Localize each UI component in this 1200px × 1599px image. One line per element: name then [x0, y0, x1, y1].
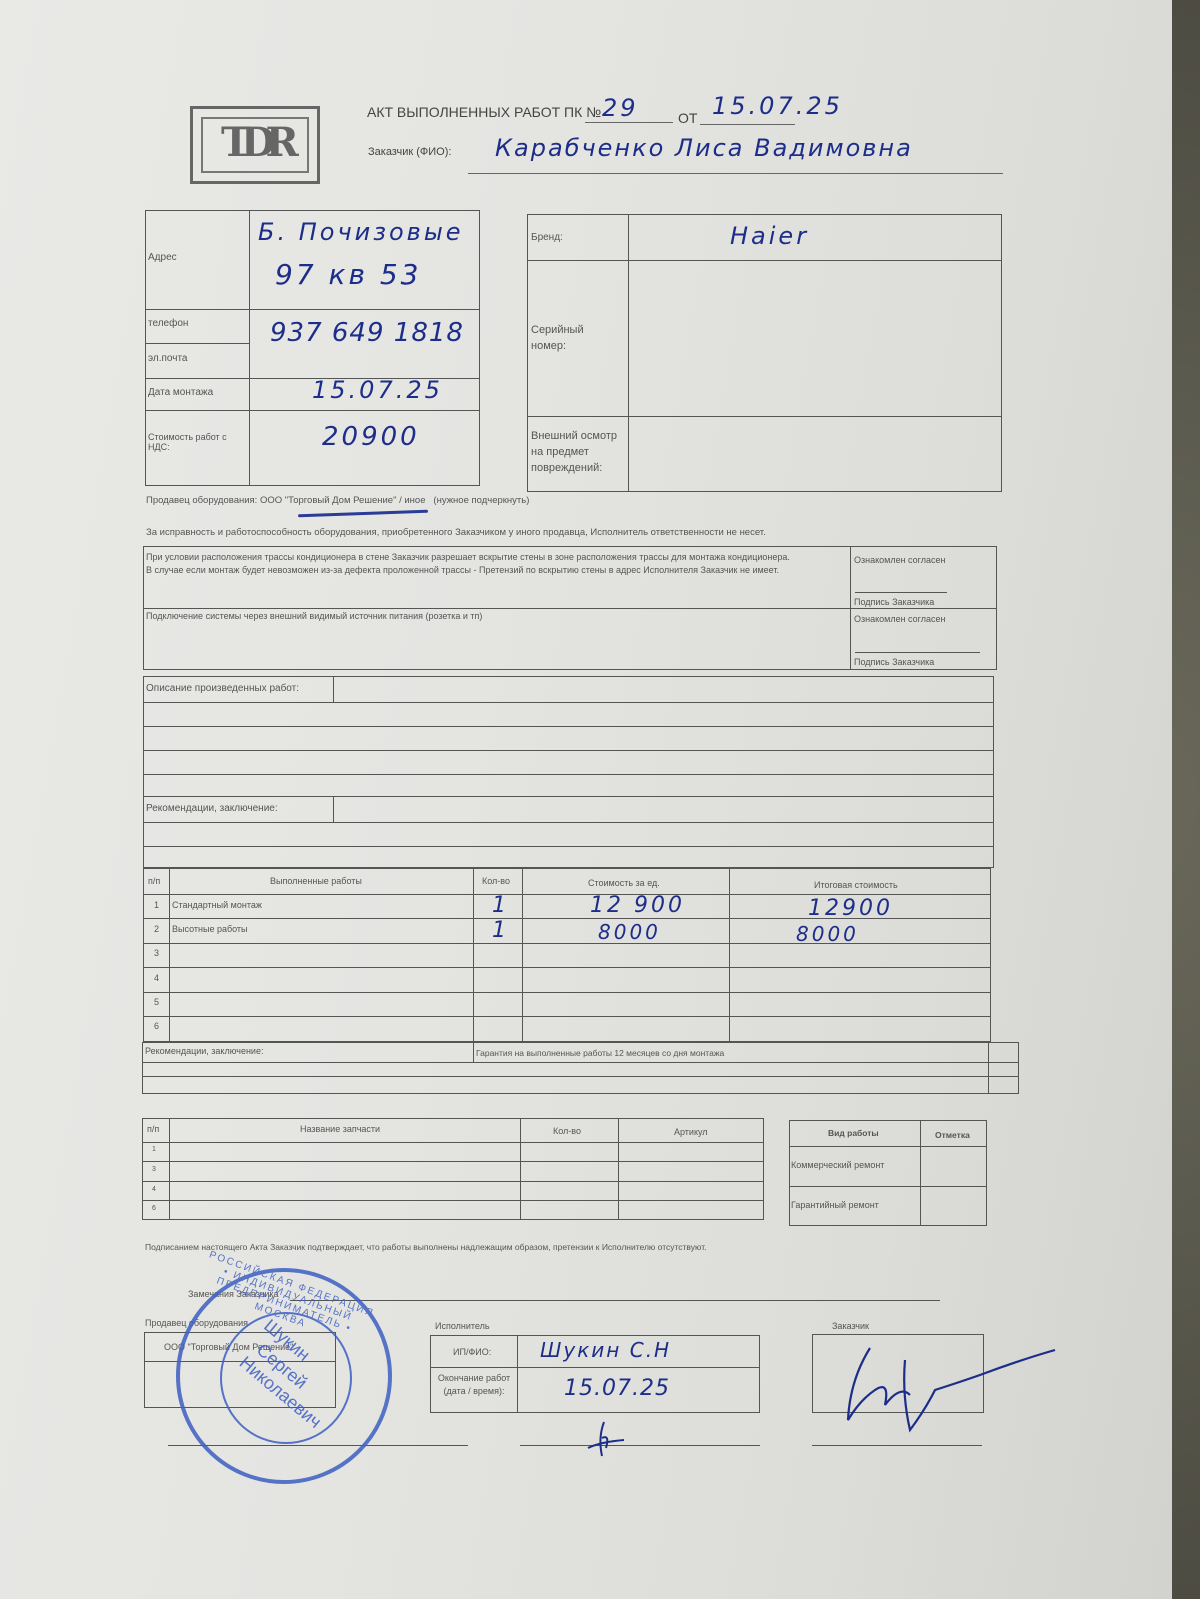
col-qty: Кол-во	[482, 876, 510, 886]
from-label: ОТ	[678, 110, 697, 126]
customer-sign-label: Заказчик	[832, 1321, 869, 1331]
company-stamp: РОССИЙСКАЯ ФЕДЕРАЦИЯ • ИНДИВИДУАЛЬНЫЙ ПР…	[176, 1268, 392, 1484]
brand-label: Бренд:	[531, 232, 563, 243]
warranty-repair-option[interactable]: Гарантийный ремонт	[791, 1200, 879, 1210]
inspection-label: Внешний осмотр на предмет повреждений:	[531, 428, 626, 476]
consent-1-agree: Ознакомлен согласен	[854, 555, 946, 565]
recommendations-label: Рекомендации, заключение:	[146, 803, 278, 814]
customer-label: Заказчик (ФИО):	[368, 146, 451, 158]
phone-value: 937 649 1818	[270, 318, 464, 348]
col-num: п/п	[148, 876, 160, 886]
works-description-label: Описание произведенных работ:	[146, 683, 299, 694]
table-row: 1	[152, 1146, 156, 1153]
consent-1-sign[interactable]: Подпись Заказчика	[854, 597, 934, 607]
address-line2: 97 кв 53	[275, 258, 421, 291]
parts-col-num: п/п	[147, 1124, 159, 1134]
act-number: 29	[602, 94, 639, 122]
executor-label: Исполнитель	[435, 1321, 490, 1331]
cost-label: Стоимость работ с НДС:	[148, 432, 243, 452]
finish-value: 15.07.25	[564, 1376, 670, 1401]
parts-col-qty: Кол-во	[553, 1126, 581, 1136]
consent-1-text: При условии расположения трассы кондицио…	[146, 551, 846, 577]
parts-table	[142, 1118, 764, 1220]
customer-signature-icon	[830, 1340, 1060, 1440]
consent-2-sign[interactable]: Подпись Заказчика	[854, 657, 934, 667]
company-logo: TDR	[190, 106, 320, 184]
seller-option-other[interactable]: иное	[404, 495, 425, 506]
executor-fio-value: Шукин С.Н	[540, 1338, 671, 1362]
description-table	[143, 676, 994, 868]
col-total: Итоговая стоимость	[814, 880, 898, 890]
parts-col-name: Название запчасти	[300, 1124, 380, 1134]
phone-label: телефон	[148, 318, 188, 329]
table-row: 6	[152, 1205, 156, 1212]
finish-label: Окончание работ (дата / время):	[436, 1372, 512, 1398]
col-unit-price: Стоимость за ед.	[588, 878, 660, 888]
work-type-col: Вид работы	[828, 1128, 879, 1138]
brand-value: Haier	[730, 222, 809, 250]
parts-col-article: Артикул	[674, 1127, 708, 1137]
col-works: Выполненные работы	[270, 876, 362, 886]
address-line1: Б. Почизовые	[258, 218, 464, 246]
commercial-repair-option[interactable]: Коммерческий ремонт	[791, 1160, 884, 1170]
act-date: 15.07.25	[712, 92, 843, 120]
work-mark-col: Отметка	[935, 1130, 970, 1140]
works-recommendations-label: Рекомендации, заключение:	[145, 1046, 263, 1056]
act-title: АКТ ВЫПОЛНЕННЫХ РАБОТ ПК №	[367, 104, 601, 120]
underline-mark	[298, 510, 428, 518]
cost-value: 20900	[322, 422, 420, 452]
address-label: Адрес	[148, 252, 177, 263]
executor-signature-icon	[580, 1418, 630, 1460]
serial-label: Серийный номер:	[531, 322, 611, 354]
warranty-text: Гарантия на выполненные работы 12 месяце…	[476, 1048, 724, 1058]
table-row: 3	[152, 1166, 156, 1173]
customer-name: Карабченко Лиса Вадимовна	[495, 134, 913, 162]
seller-line: Продавец оборудования: ООО "Торговый Дом…	[146, 495, 529, 506]
email-label: эл.почта	[148, 353, 188, 364]
install-date-label: Дата монтажа	[148, 387, 213, 398]
seller-option-tdr[interactable]: ООО "Торговый Дом Решение"	[260, 495, 396, 506]
consent-2-agree: Ознакомлен согласен	[854, 614, 946, 624]
executor-fio-label: ИП/ФИО:	[453, 1347, 491, 1357]
disclaimer-text: За исправность и работоспособность обору…	[146, 527, 766, 538]
install-date-value: 15.07.25	[312, 376, 443, 404]
document-page: TDR АКТ ВЫПОЛНЕННЫХ РАБОТ ПК № 29 ОТ 15.…	[0, 0, 1172, 1599]
consent-2-text: Подключение системы через внешний видимы…	[146, 611, 482, 621]
confirmation-text: Подписанием настоящего Акта Заказчик под…	[145, 1242, 707, 1252]
table-row: 4	[152, 1186, 156, 1193]
